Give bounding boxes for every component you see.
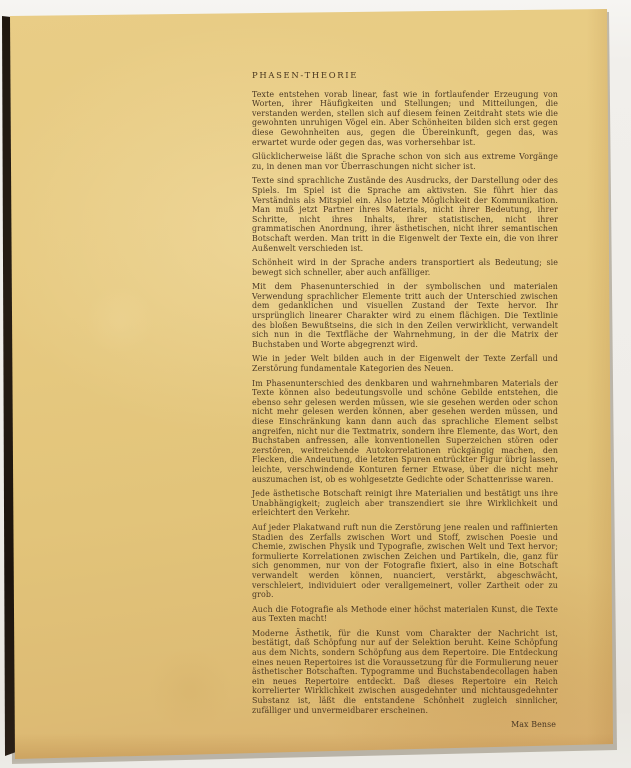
paragraph: Auch die Fotografie als Methode einer hö… bbox=[252, 605, 558, 624]
body-paragraphs: Texte entstehen vorab linear, fast wie i… bbox=[252, 90, 558, 716]
paragraph: Jede ästhetische Botschaft reinigt ihre … bbox=[252, 489, 558, 518]
paragraph: Texte entstehen vorab linear, fast wie i… bbox=[252, 90, 558, 148]
page-title: PHASEN-THEORIE bbox=[252, 71, 558, 81]
paragraph: Schönheit wird in der Sprache anders tra… bbox=[252, 258, 558, 277]
book-page: PHASEN-THEORIE Texte entstehen vorab lin… bbox=[0, 0, 631, 768]
photo-of-book-page: PHASEN-THEORIE Texte entstehen vorab lin… bbox=[0, 0, 631, 768]
paragraph: Moderne Ästhetik, für die Kunst vom Char… bbox=[252, 629, 558, 715]
text-block: PHASEN-THEORIE Texte entstehen vorab lin… bbox=[252, 71, 558, 730]
paragraph: Im Phasenunterschied des denkbaren und w… bbox=[252, 379, 558, 485]
author-signature: Max Bense bbox=[252, 720, 558, 730]
paragraph: Mit dem Phasenunterschied in der symboli… bbox=[252, 282, 558, 349]
paragraph: Glücklicherweise läßt die Sprache schon … bbox=[252, 152, 558, 171]
paragraph: Auf jeder Plakatwand ruft nun die Zerstö… bbox=[252, 523, 558, 600]
paragraph: Wie in jeder Welt bilden auch in der Eig… bbox=[252, 354, 558, 373]
paragraph: Texte sind sprachliche Zustände des Ausd… bbox=[252, 176, 558, 253]
